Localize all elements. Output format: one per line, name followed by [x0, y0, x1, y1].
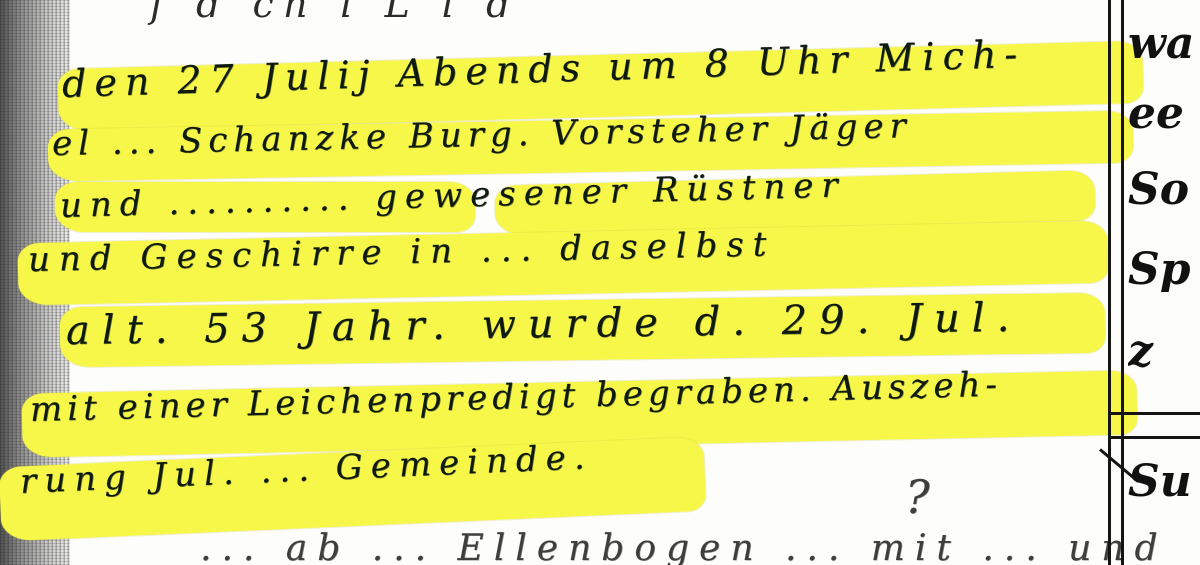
margin-entry: ee [1128, 92, 1200, 136]
margin-entry: wa [1128, 22, 1200, 66]
margin-entry: Su [1128, 460, 1200, 504]
margin-entry: So [1128, 168, 1200, 212]
margin-entry: z [1128, 330, 1200, 374]
margin-rule-horizontal [1108, 436, 1200, 439]
margin-rule-right [1121, 0, 1124, 565]
cut-off-previous-line: f d ch l L l d [150, 0, 521, 26]
handwritten-line-unhighlighted: ... ab ... Ellenbogen ... mit ... und [200, 528, 1168, 565]
stray-question-mark: ? [905, 470, 933, 524]
margin-rule-left [1108, 0, 1111, 565]
margin-rule-horizontal [1108, 412, 1200, 415]
scanned-register-page: f d ch l L l d den 27 Julij Abends um 8 … [0, 0, 1200, 565]
margin-entry: Sp [1128, 248, 1200, 292]
